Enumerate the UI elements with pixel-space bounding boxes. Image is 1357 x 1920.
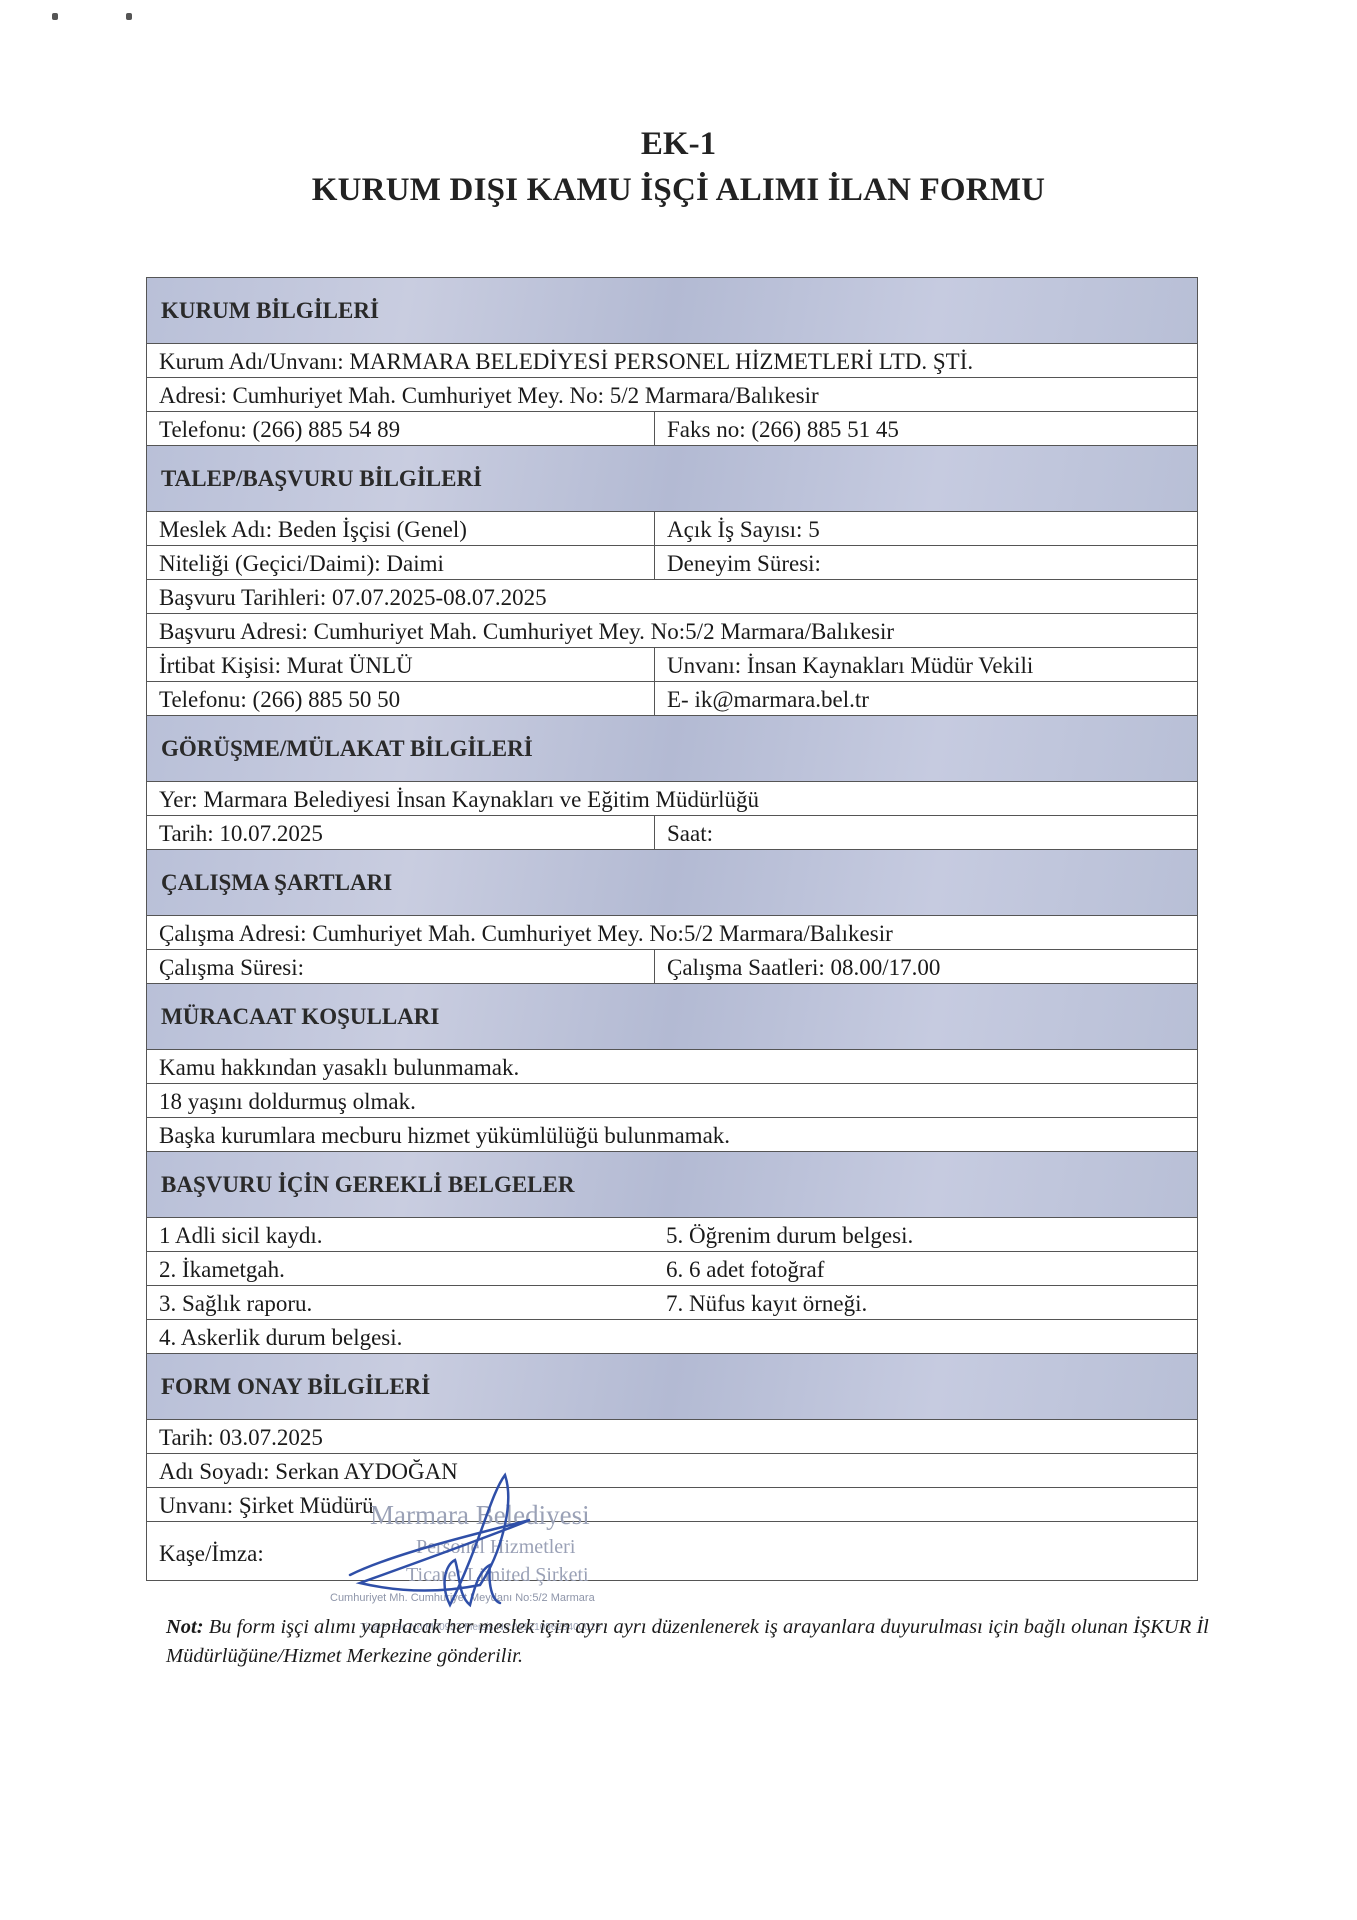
annex-label: EK-1 bbox=[0, 126, 1357, 163]
interview-time: Saat: bbox=[655, 816, 1197, 849]
job-posting-form: KURUM BİLGİLERİ Kurum Adı/Unvanı: MARMAR… bbox=[146, 277, 1198, 1581]
scan-mark bbox=[126, 13, 132, 20]
footnote: Not: Bu form işçi alımı yapılacak her me… bbox=[166, 1613, 1246, 1671]
document-item: 3. Sağlık raporu. bbox=[147, 1286, 654, 1319]
kurum-name: Kurum Adı/Unvanı: MARMARA BELEDİYESİ PER… bbox=[147, 344, 1197, 377]
contact-person: İrtibat Kişisi: Murat ÜNLÜ bbox=[147, 648, 655, 681]
document-item: 1 Adli sicil kaydı. bbox=[147, 1218, 654, 1251]
section-heading-muracaat: MÜRACAAT KOŞULLARI bbox=[147, 984, 1197, 1050]
stamp-line: Cumhuriyet Mh. Cumhuriyet Meydanı No:5/2… bbox=[330, 1592, 595, 1604]
section-heading-talep: TALEP/BAŞVURU BİLGİLERİ bbox=[147, 446, 1197, 512]
experience: Deneyim Süresi: bbox=[655, 546, 1197, 579]
application-address: Başvuru Adresi: Cumhuriyet Mah. Cumhuriy… bbox=[147, 614, 1197, 647]
scan-mark bbox=[52, 13, 58, 20]
interview-date: Tarih: 10.07.2025 bbox=[147, 816, 655, 849]
work-duration: Çalışma Süresi: bbox=[147, 950, 655, 983]
approval-date: Tarih: 03.07.2025 bbox=[147, 1420, 1197, 1453]
document-item-empty bbox=[654, 1320, 1197, 1353]
page-title: KURUM DIŞI KAMU İŞÇİ ALIMI İLAN FORMU bbox=[0, 172, 1357, 209]
condition-item: 18 yaşını doldurmuş olmak. bbox=[147, 1084, 1197, 1117]
section-heading-calisma: ÇALIŞMA ŞARTLARI bbox=[147, 850, 1197, 916]
open-positions: Açık İş Sayısı: 5 bbox=[655, 512, 1197, 545]
document-item: 2. İkametgah. bbox=[147, 1252, 654, 1285]
contact-title: Unvanı: İnsan Kaynakları Müdür Vekili bbox=[655, 648, 1197, 681]
kurum-phone: Telefonu: (266) 885 54 89 bbox=[147, 412, 655, 445]
document-item: 7. Nüfus kayıt örneği. bbox=[654, 1286, 1197, 1319]
condition-item: Kamu hakkından yasaklı bulunmamak. bbox=[147, 1050, 1197, 1083]
note-label: Not: bbox=[166, 1616, 204, 1638]
nature: Niteliği (Geçici/Daimi): Daimi bbox=[147, 546, 655, 579]
approver-name: Adı Soyadı: Serkan AYDOĞAN bbox=[147, 1454, 1197, 1487]
section-heading-belgeler: BAŞVURU İÇİN GEREKLİ BELGELER bbox=[147, 1152, 1197, 1218]
interview-place: Yer: Marmara Belediyesi İnsan Kaynakları… bbox=[147, 782, 1197, 815]
work-address: Çalışma Adresi: Cumhuriyet Mah. Cumhuriy… bbox=[147, 916, 1197, 949]
kurum-address: Adresi: Cumhuriyet Mah. Cumhuriyet Mey. … bbox=[147, 378, 1197, 411]
stamp-signature-label: Kaşe/İmza: bbox=[147, 1522, 1197, 1580]
document-item: 4. Askerlik durum belgesi. bbox=[147, 1320, 654, 1353]
note-text: Bu form işçi alımı yapılacak her meslek … bbox=[166, 1616, 1209, 1667]
approver-title: Unvanı: Şirket Müdürü bbox=[147, 1488, 1197, 1521]
section-heading-gorusme: GÖRÜŞME/MÜLAKAT BİLGİLERİ bbox=[147, 716, 1197, 782]
application-dates: Başvuru Tarihleri: 07.07.2025-08.07.2025 bbox=[147, 580, 1197, 613]
document-item: 5. Öğrenim durum belgesi. bbox=[654, 1218, 1197, 1251]
section-heading-onay: FORM ONAY BİLGİLERİ bbox=[147, 1354, 1197, 1420]
occupation: Meslek Adı: Beden İşçisi (Genel) bbox=[147, 512, 655, 545]
contact-phone: Telefonu: (266) 885 50 50 bbox=[147, 682, 655, 715]
condition-item: Başka kurumlara mecburu hizmet yükümlülü… bbox=[147, 1118, 1197, 1151]
contact-email: E- ik@marmara.bel.tr bbox=[655, 682, 1197, 715]
document-item: 6. 6 adet fotoğraf bbox=[654, 1252, 1197, 1285]
work-hours: Çalışma Saatleri: 08.00/17.00 bbox=[655, 950, 1197, 983]
section-heading-kurum: KURUM BİLGİLERİ bbox=[147, 278, 1197, 344]
kurum-fax: Faks no: (266) 885 51 45 bbox=[655, 412, 1197, 445]
